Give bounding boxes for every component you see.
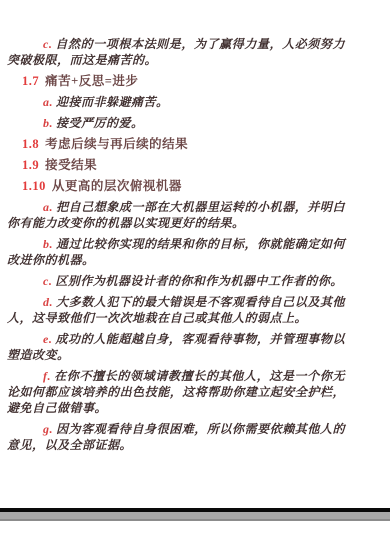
item-text: 区别作为机器设计者的你和作为机器中工作者的你。 [55, 274, 343, 288]
item-marker: b. [43, 237, 53, 251]
page-gap [0, 512, 390, 519]
list-item: c.区别作为机器设计者的你和作为机器中工作者的你。 [7, 273, 345, 289]
list-item: c.自然的一项根本法则是，为了赢得力量，人必须努力突破极限，而这是痛苦的。 [7, 36, 345, 68]
section-title: 接受结果 [45, 158, 97, 172]
document-page: c.自然的一项根本法则是，为了赢得力量，人必须努力突破极限，而这是痛苦的。 1.… [0, 0, 390, 508]
item-text: 因为客观看待自身很困难，所以你需要依赖其他人的意见，以及全部证据。 [7, 422, 345, 452]
item-marker: a. [43, 95, 53, 109]
section-title: 痛苦+反思=进步 [45, 74, 138, 88]
page-content: c.自然的一项根本法则是，为了赢得力量，人必须努力突破极限，而这是痛苦的。 1.… [7, 36, 345, 458]
section-title: 从更高的层次俯视机器 [52, 179, 182, 193]
item-marker: f. [43, 369, 51, 383]
item-marker: a. [43, 200, 53, 214]
section-title: 考虑后续与再后续的结果 [45, 137, 188, 151]
list-item: g.因为客观看待自身很困难，所以你需要依赖其他人的意见，以及全部证据。 [7, 421, 345, 453]
item-marker: e. [43, 332, 52, 346]
list-item: f.在你不擅长的领域请教擅长的其他人，这是一个你无论如何都应该培养的出色技能，这… [7, 368, 345, 416]
section-heading: 1.8考虑后续与再后续的结果 [22, 136, 345, 152]
next-page [0, 521, 390, 546]
item-text: 自然的一项根本法则是，为了赢得力量，人必须努力突破极限，而这是痛苦的。 [7, 37, 345, 67]
item-text: 成功的人能超越自身，客观看待事物，并管理事物以塑造改变。 [7, 332, 345, 362]
section-heading: 1.7痛苦+反思=进步 [22, 73, 345, 89]
item-marker: d. [43, 295, 53, 309]
section-number: 1.7 [22, 74, 39, 88]
list-item: b.通过比较你实现的结果和你的目标，你就能确定如何改进你的机器。 [7, 236, 345, 268]
section-number: 1.9 [22, 158, 39, 172]
item-marker: g. [43, 422, 53, 436]
item-text: 把自己想象成一部在大机器里运转的小机器，并明白你有能力改变你的机器以实现更好的结… [7, 200, 345, 230]
section-number: 1.8 [22, 137, 39, 151]
section-number: 1.10 [22, 179, 46, 193]
item-text: 在你不擅长的领域请教擅长的其他人，这是一个你无论如何都应该培养的出色技能，这将帮… [7, 369, 345, 415]
item-marker: c. [43, 37, 52, 51]
item-text: 大多数人犯下的最大错误是不客观看待自己以及其他人，这导致他们一次次地栽在自己或其… [7, 295, 345, 325]
item-text: 接受严厉的爱。 [56, 116, 144, 130]
item-text: 迎接而非躲避痛苦。 [56, 95, 169, 109]
section-heading: 1.10从更高的层次俯视机器 [22, 178, 345, 194]
list-item: a.迎接而非躲避痛苦。 [7, 94, 345, 110]
item-marker: b. [43, 116, 53, 130]
list-item: e.成功的人能超越自身，客观看待事物，并管理事物以塑造改变。 [7, 331, 345, 363]
item-marker: c. [43, 274, 52, 288]
list-item: b.接受严厉的爱。 [7, 115, 345, 131]
list-item: d.大多数人犯下的最大错误是不客观看待自己以及其他人，这导致他们一次次地栽在自己… [7, 294, 345, 326]
section-heading: 1.9接受结果 [22, 157, 345, 173]
item-text: 通过比较你实现的结果和你的目标，你就能确定如何改进你的机器。 [7, 237, 345, 267]
list-item: a.把自己想象成一部在大机器里运转的小机器，并明白你有能力改变你的机器以实现更好… [7, 199, 345, 231]
page-break [0, 508, 390, 546]
